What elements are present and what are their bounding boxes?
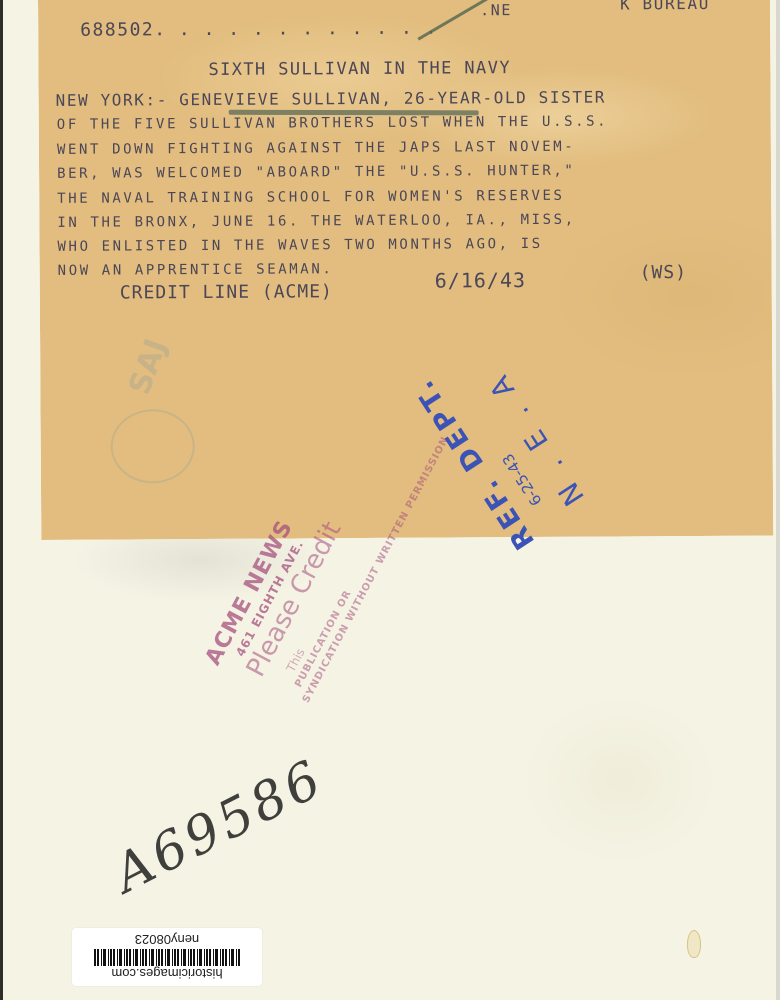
caption-line: NEW YORK:- GENEVIEVE SULLIVAN, 26-YEAR-O… [56,90,607,109]
caption-line: OF THE FIVE SULLIVAN BROTHERS LOST WHEN … [57,115,609,132]
caption-line: IN THE BRONX, JUNE 16. THE WATERLOO, IA.… [57,213,575,230]
caption-slip: 688502. . . . . . . . . . . . .NE K BURE… [38,0,773,540]
faint-stamp: SAJ [122,335,174,400]
barcode-site: historicimages.com [72,966,262,981]
caption-line: THE NAVAL TRAINING SCHOOL FOR WOMEN'S RE… [57,189,564,206]
barcode-code: neny08023 [72,932,262,947]
headline: SIXTH SULLIVAN IN THE NAVY [208,60,511,79]
caption-line: WHO ENLISTED IN THE WAVES TWO MONTHS AGO… [57,237,542,254]
caption-date: 6/16/43 [435,270,526,291]
left-edge [0,0,3,1000]
right-edge [776,0,780,1000]
serial-number: 688502. . . . . . . . . . . . [80,20,438,40]
faint-circle-stamp [111,409,195,484]
barcode-icon [94,949,240,966]
caption-line: WENT DOWN FIGHTING AGAINST THE JAPS LAST… [57,140,575,157]
stain-mark [687,930,701,958]
bureau-fragment-right: K BUREAU [620,0,710,12]
credit-line: CREDIT LINE (ACME) [120,283,333,302]
barcode-label: historicimages.com neny08023 [72,928,262,986]
bureau-fragment-left: .NE [480,3,512,18]
caption-line: BER, WAS WELCOMED "ABOARD" THE "U.S.S. H… [57,164,575,181]
caption-line: NOW AN APPRENTICE SEAMAN. [58,262,334,278]
caption-initials: (WS) [640,264,687,282]
